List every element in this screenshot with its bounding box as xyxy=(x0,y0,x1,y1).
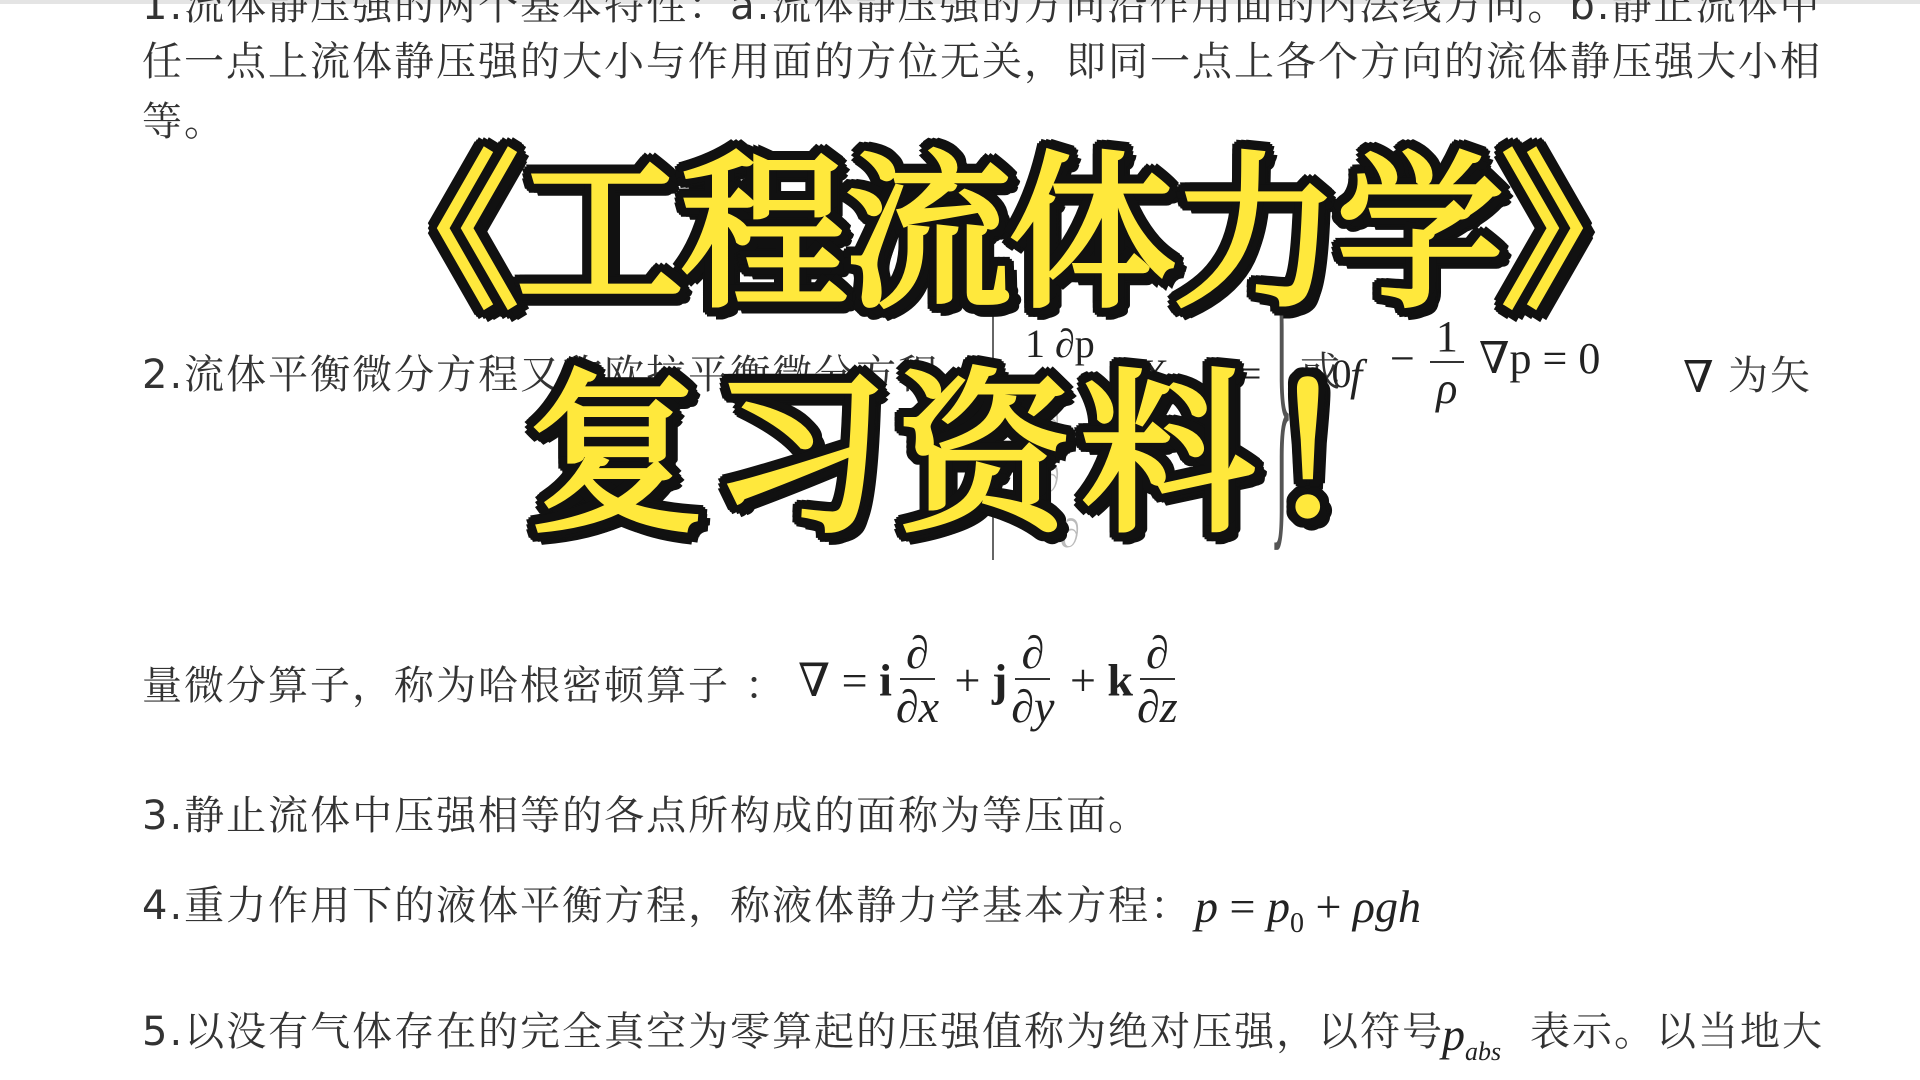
plus-2: + xyxy=(1070,655,1096,706)
nabla-line-prefix: 量微分算子，称为哈根密顿算子 ： xyxy=(142,666,787,706)
d-dy: ∂∂y xyxy=(1011,630,1054,730)
item1-line1: 1.流体静压强的两个基本特性：a.流体静压强的方向沿作用面的内法线方向。b.静止… xyxy=(142,0,1822,26)
p-abs-symbol: pabs xyxy=(1442,1008,1501,1067)
p-symbol: p xyxy=(1442,1009,1465,1060)
item3: 3.静止流体中压强相等的各点所构成的面称为等压面。 xyxy=(142,796,1150,836)
overlay-title-line1: 《工程流体力学》 xyxy=(352,150,1664,318)
plus-1: + xyxy=(955,655,981,706)
formula-sub0: 0 xyxy=(1290,908,1304,939)
unit-j: j xyxy=(992,655,1007,706)
abs-subscript: abs xyxy=(1465,1037,1501,1066)
item1-line2: 任一点上流体静压强的大小与作用面的方位无关，即同一点上各个方向的流体静压强大小相 xyxy=(142,42,1822,82)
nabla-lhs: ∇ = xyxy=(798,655,868,706)
nabla-symbol: ∇ xyxy=(1683,352,1714,403)
d-dx: ∂∂x xyxy=(896,630,939,730)
formula-eq: = xyxy=(1218,881,1267,932)
formula-rho-g-h: ρgh xyxy=(1353,881,1421,932)
frac-num: ∂ xyxy=(1140,630,1175,680)
hydrostatic-formula: p = p0 + ρgh xyxy=(1195,880,1421,940)
item5-text-a: 5.以没有气体存在的完全真空为零算起的压强值称为绝对压强，以符号 xyxy=(142,1012,1444,1052)
nabla-formula: ∇ = i∂∂x + j∂∂y + k∂∂z xyxy=(798,630,1182,730)
item2-suffix: 为矢 xyxy=(1728,356,1812,396)
item5-text-b: 表示。以当地大 xyxy=(1530,1012,1824,1052)
vector-form-rest: ∇p = 0 xyxy=(1479,334,1601,383)
frac-den: ∂y xyxy=(1011,680,1054,730)
frac-den: ∂z xyxy=(1137,680,1178,730)
unit-k: k xyxy=(1107,655,1133,706)
frac-den: ∂x xyxy=(896,680,939,730)
frac-num: ∂ xyxy=(900,630,935,680)
item1-line3: 等。 xyxy=(142,102,226,142)
d-dz: ∂∂z xyxy=(1137,630,1178,730)
overlay-title-line2: 复习资料！ xyxy=(528,368,1448,544)
formula-p0: p xyxy=(1267,881,1290,932)
formula-plus: + xyxy=(1304,881,1353,932)
formula-p: p xyxy=(1195,881,1218,932)
item4-text: 4.重力作用下的液体平衡方程，称液体静力学基本方程： xyxy=(142,886,1192,926)
frac-num: ∂ xyxy=(1015,630,1050,680)
unit-i: i xyxy=(879,655,892,706)
